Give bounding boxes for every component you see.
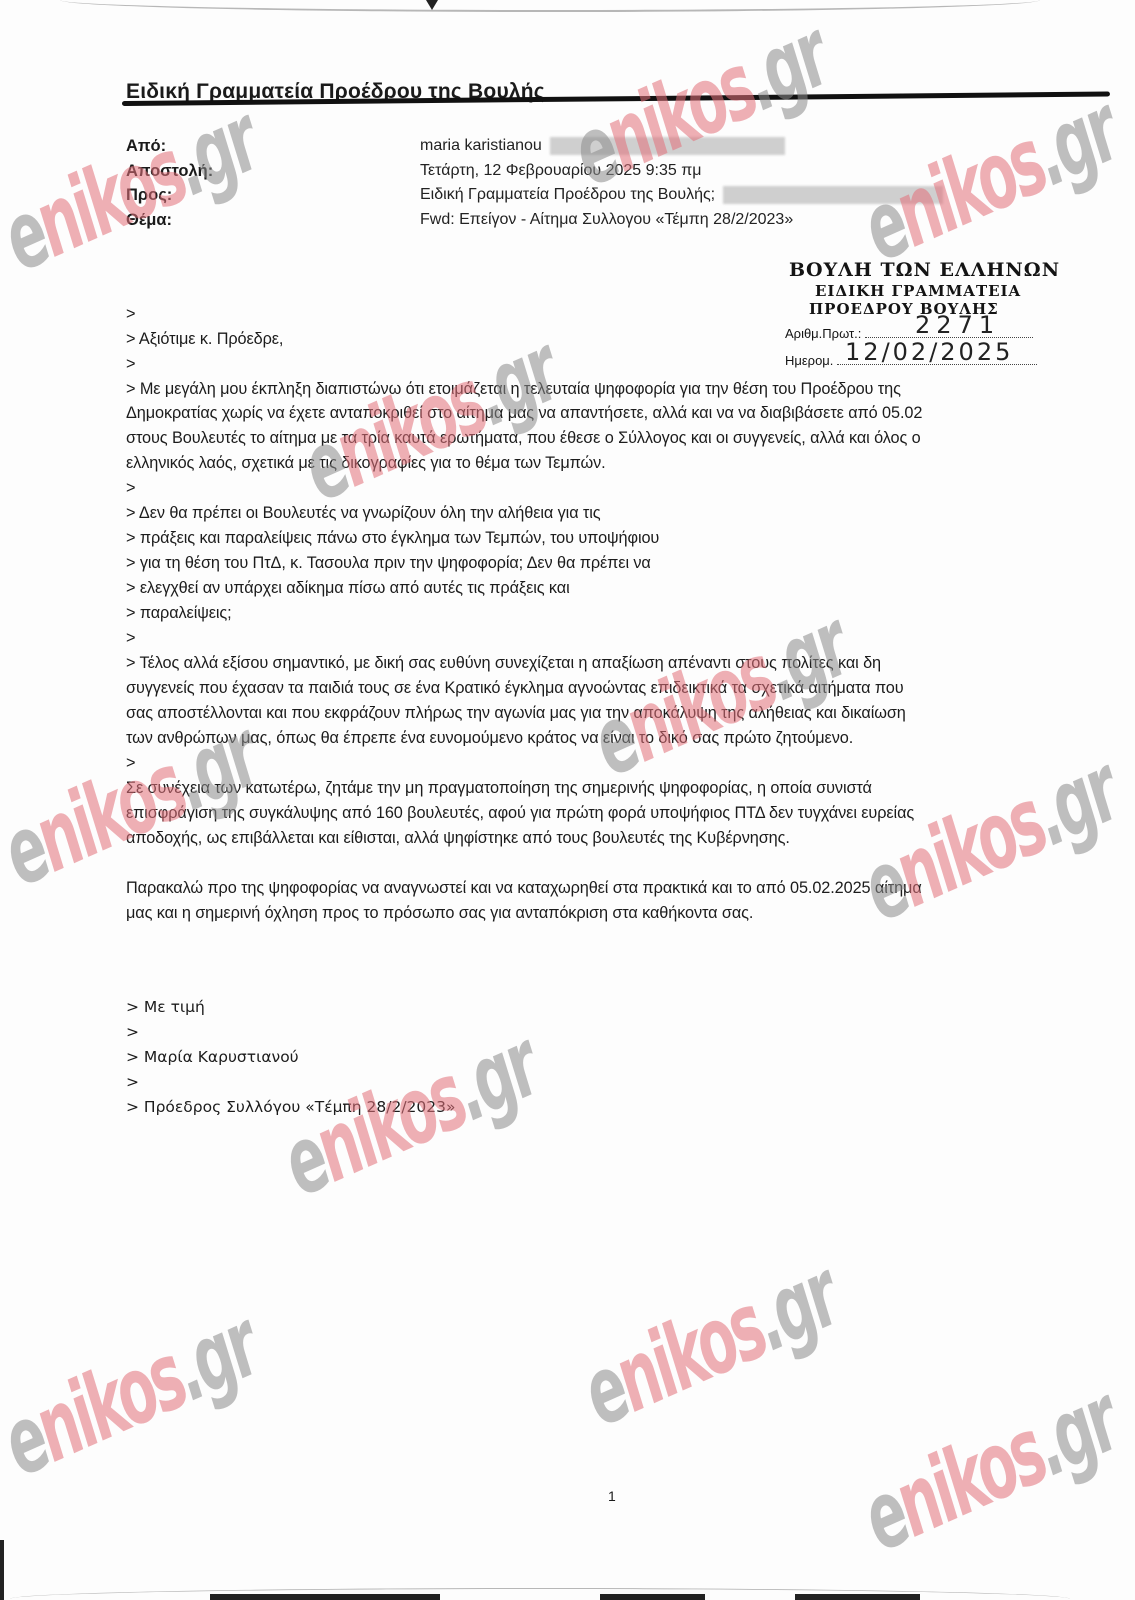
body-line: Σε συνέχεια των κατωτέρω, ζητάμε την μη …: [126, 779, 872, 798]
watermark-part: e: [566, 1335, 641, 1447]
watermark-enikos: enikos.gr: [566, 1241, 852, 1447]
watermark-part: .gr: [1016, 1366, 1132, 1496]
from-value: maria karistianou: [420, 137, 785, 155]
subject-label: Θέμα:: [126, 211, 172, 230]
watermark-part: nikos: [598, 1274, 779, 1433]
watermark-part: e: [266, 1105, 341, 1217]
body-line: > Τέλος αλλά εξίσου σημαντικό, με δική σ…: [126, 654, 881, 673]
watermark-enikos: enikos.gr: [846, 76, 1132, 282]
body-line: >: [126, 754, 135, 773]
subject-value: Fwd: Επείγον - Αίτημα Συλλογου «Τέμπη 28…: [420, 211, 793, 229]
body-line: > Με μεγάλη μου έκπληξη διαπιστώνω ότι ε…: [126, 380, 901, 399]
body-line: σας αποστέλλονται και που εκφράζουν πλήρ…: [126, 704, 906, 723]
stamp-line-2: ΕΙΔΙΚΗ ΓΡΑΜΜΑΤΕΙΑ: [815, 282, 1021, 300]
body-line: >: [126, 479, 135, 498]
watermark-part: .gr: [156, 1291, 272, 1421]
stamp-line-1: ΒΟΥΛΗ ΤΩΝ ΕΛΛΗΝΩΝ: [789, 259, 1060, 281]
body-line: > Αξιότιμε κ. Πρόεδρε,: [126, 330, 283, 349]
body-line: αποδοχής, ως επιβάλλεται και είθισται, α…: [126, 829, 790, 848]
redacted-email: [723, 186, 943, 204]
sent-value: Τετάρτη, 12 Φεβρουαρίου 2025 9:35 πμ: [420, 162, 701, 180]
watermark-part: e: [0, 1385, 62, 1497]
body-line: συγγενείς που έχασαν τα παιδιά τους σε έ…: [126, 679, 904, 698]
body-line: > πράξεις και παραλείψεις πάνω στο έγκλη…: [126, 529, 659, 548]
date-field: 12/02/2025: [837, 350, 1037, 365]
protocol-field: 2271: [865, 323, 1033, 338]
body-line: Δημοκρατίας χωρίς να έχετε ανταποκριθεί …: [126, 404, 922, 423]
signature-line: >: [126, 1073, 139, 1091]
stamp-date-row: Ημερομ. 12/02/2025: [785, 350, 1037, 368]
body-line: των ανθρώπων μας, όπως θα έπρεπε ένα ευν…: [126, 729, 853, 748]
signature-line: >: [126, 1023, 139, 1041]
body-line: μας και η σημερινή όχληση προς το πρόσωπ…: [126, 904, 753, 923]
protocol-number-handwritten: 2271: [915, 311, 1000, 339]
signature-line: > Με τιμή: [126, 998, 205, 1016]
body-line: >: [126, 355, 135, 374]
body-line: ελληνικός λαός, σχετικά με τις δικογραφί…: [126, 454, 606, 473]
watermark-enikos: enikos.gr: [0, 1291, 272, 1497]
scan-artifact: [210, 1594, 440, 1600]
watermark-part: nikos: [298, 1044, 479, 1203]
to-recipient: Ειδική Γραμματεία Προέδρου της Βουλής;: [420, 186, 715, 203]
scan-edge-left: [0, 1540, 4, 1600]
body-line: > Δεν θα πρέπει οι Βουλευτές να γνωρίζου…: [126, 504, 601, 523]
watermark-part: e: [846, 1460, 921, 1572]
to-value: Ειδική Γραμματεία Προέδρου της Βουλής;: [420, 186, 943, 204]
watermark-part: .gr: [726, 1, 842, 131]
body-line: > για τη θέση του ΠτΔ, κ. Τασουλα πριν τ…: [126, 554, 651, 573]
scan-artifact: [600, 1594, 705, 1600]
watermark-part: nikos: [878, 769, 1059, 928]
watermark-part: .gr: [1016, 736, 1132, 866]
body-line: Παρακαλώ προ της ψηφοφορίας να αναγνωστε…: [126, 879, 922, 898]
from-label: Από:: [126, 137, 166, 156]
page-number: 1: [608, 1488, 616, 1504]
watermark-enikos: enikos.gr: [846, 736, 1132, 942]
scan-artifact: [795, 1594, 920, 1600]
watermark-part: nikos: [878, 1399, 1059, 1558]
body-line: > παραλείψεις;: [126, 604, 232, 623]
scan-artifact-notch: [426, 0, 438, 10]
body-line: >: [126, 629, 135, 648]
scanned-document-page: Ειδική Γραμματεία Προέδρου της Βουλής Απ…: [0, 0, 1135, 1600]
body-line: > ελεγχθεί αν υπάρχει αδίκημα πίσω από α…: [126, 579, 570, 598]
body-line: επισφράγιση της συγκάλυψης από 160 βουλε…: [126, 804, 914, 823]
sent-label: Αποστολή:: [126, 162, 213, 181]
scan-edge-top: [60, 0, 1040, 12]
to-label: Προς:: [126, 186, 172, 205]
watermark-part: .gr: [156, 86, 272, 216]
date-handwritten: 12/02/2025: [845, 338, 1013, 366]
signature-line: > Πρόεδρος Συλλόγου «Τέμπη 28/2/2023»: [126, 1098, 455, 1116]
watermark-part: .gr: [436, 1011, 552, 1141]
redacted-email: [550, 137, 785, 155]
date-label: Ημερομ.: [785, 353, 833, 368]
body-line: >: [126, 305, 135, 324]
watermark-part: nikos: [18, 1324, 199, 1483]
watermark-part: nikos: [18, 119, 199, 278]
watermark-part: e: [0, 795, 62, 907]
body-line: στους Βουλευτές το αίτημα με τα τρία καυ…: [126, 429, 921, 448]
watermark-part: .gr: [736, 1241, 852, 1371]
signature-line: > Μαρία Καρυστιανού: [126, 1048, 299, 1066]
watermark-part: e: [0, 180, 62, 292]
watermark-enikos: enikos.gr: [846, 1366, 1132, 1572]
from-name: maria karistianou: [420, 137, 542, 154]
